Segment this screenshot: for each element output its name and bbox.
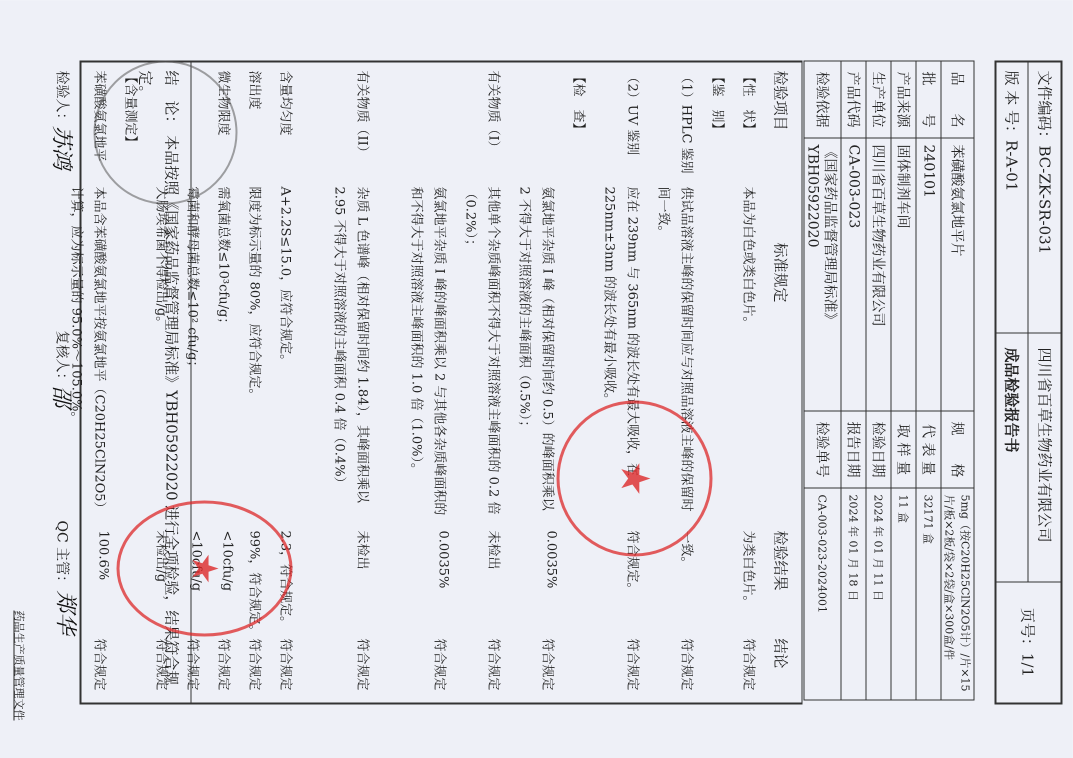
info-row: 品 名 苯磺酸氨氯地平片 规 格 5mg（按C20H25ClN2O5计）/片×1… [941,61,974,700]
col-item: 检验项目 [771,71,792,131]
info-label: 规 格 [941,411,974,488]
row-item: 有关物质（II） [355,71,374,159]
row-result: 为类白色片。 [741,531,760,609]
gray-stamp [94,61,238,205]
info-value: 四川省百草生物药业有限公司 [866,138,891,411]
row-standard: 其他单个杂质峰面积不得大于对照溶液主峰面积的 0.2 倍（0.2%）； [459,187,505,517]
info-value: 5mg（按C20H25ClN2O5计）/片×15片/板×2板/袋×2袋/盒×30… [941,488,974,700]
row-standard: 限度为标示量的 80%，应符合规定。 [243,187,266,517]
reviewer-signature: 邵 [48,386,79,408]
inspector-label: 检验人： [53,71,73,127]
col-conclusion: 结论 [771,639,792,669]
info-row: 产品来源 固体制剂车间 取 样 量 11 盒 [891,61,916,700]
info-label: 检验单号 [804,411,841,488]
reviewer-label: 复核人： [53,331,73,387]
row-conclusion: 符合规定 [355,639,374,691]
row-item: 【检 查】 [571,71,590,136]
row-standard: A+2.2S≤15.0，应符合规定。 [274,187,297,517]
external-stamp: ★ [557,401,713,557]
row-conclusion: 符合规定 [625,639,644,691]
row-standard: 氨氯地平杂质 I 峰（相对保留时间约 0.5）的峰面积乘以 2 不得大于对照溶液… [513,187,559,517]
info-value: 2024 年 01 月 18 日 [841,488,866,700]
info-label: 产品代码 [841,61,866,138]
col-result: 检验结果 [771,531,792,591]
row-standard: 本品为白色或类白色片。 [737,187,760,517]
footer-label: 药品生产质量管理文件 [12,611,28,721]
row-result: 0.0035% [544,531,559,589]
row-conclusion: 符合规定 [92,639,111,691]
row-standard: 杂质 L 色谱峰（相对保留时间约 1.84），其峰面积乘以 2.95 不得大于对… [328,187,374,517]
row-item: 溶出度 [247,71,266,110]
row-conclusion: 符合规定 [486,639,505,691]
info-value: 苯磺酸氨氯地平片 [941,138,974,411]
row-item: 含量均匀度 [278,71,297,136]
qc-signature: 郑华 [52,591,83,635]
info-label: 检验日期 [866,411,891,488]
row-standard: 氨氯地平杂质 I 峰的峰面积乘以 2 与其他各杂质峰面积的和不得大于对照溶液主峰… [405,187,451,517]
row-conclusion: 符合规定 [679,639,698,691]
info-label: 产品来源 [891,61,916,138]
row-item: 【性 状】 [741,71,760,136]
info-label: 检验依据 [804,61,841,138]
quality-dept-stamp: ★ [117,501,293,637]
info-value: CA-003-023 [841,138,866,411]
row-item: 【鉴 别】 [710,71,729,136]
row-result: 0.0035% [436,531,451,589]
info-row: 检验依据 《国家药品监督管理局标准》YBH05922020 检验单号 CA-00… [804,61,841,700]
info-label: 报告日期 [841,411,866,488]
info-value: CA-003-023-2024001 [804,488,841,700]
info-row: 产品代码 CA-003-023 报告日期 2024 年 01 月 18 日 [841,61,866,700]
info-value: 2024 年 01 月 11 日 [866,488,891,700]
col-standard: 标准规定 [769,243,792,573]
row-standard: 需氧菌总数≤10³cfu/g； [212,187,235,517]
row-result: 未检出 [486,531,505,570]
row-conclusion: 符合规定 [247,639,266,691]
row-item: （2）UV 鉴别 [625,71,644,156]
info-label: 生产单位 [866,61,891,138]
row-result: 未检出 [355,531,374,570]
row-conclusion: 符合规定 [216,639,235,691]
inspector-signature: 苏鸿 [48,126,79,170]
info-label: 品 名 [941,61,974,138]
info-value: 240101 [916,138,941,411]
row-conclusion: 符合规定 [540,639,559,691]
report-page: 文件编码：BC-ZK-SR-031 版 本 号：R-A-01 四川省百草生物药业… [0,1,1073,758]
info-label: 批 号 [916,61,941,138]
row-item: 有关物质（I） [486,71,505,154]
info-value: 《国家药品监督管理局标准》YBH05922020 [804,138,841,411]
info-row: 生产单位 四川省百草生物药业有限公司 检验日期 2024 年 01 月 11 日 [866,61,891,700]
qc-label: QC 主管： [53,521,73,590]
document-header: 文件编码：BC-ZK-SR-031 版 本 号：R-A-01 四川省百草生物药业… [995,61,1063,705]
row-result: 100.6% [96,531,111,581]
row-conclusion: 符合规定 [278,639,297,691]
row-conclusion: 符合规定 [741,639,760,691]
info-label: 代 表 量 [916,411,941,488]
row-conclusion: 符合规定 [432,639,451,691]
page-number: 页号：1/1 [997,583,1061,703]
version-number: 版 本 号：R-A-01 [997,63,1029,333]
info-row: 批 号 240101 代 表 量 32171 盒 [916,61,941,700]
company-name: 四川省百草生物药业有限公司 [1028,334,1061,582]
info-value: 11 盒 [891,488,916,700]
file-code: 文件编码：BC-ZK-SR-031 [1028,63,1061,333]
info-value: 固体制剂车间 [891,138,916,411]
product-info-table: 品 名 苯磺酸氨氯地平片 规 格 5mg（按C20H25ClN2O5计）/片×1… [804,61,975,701]
info-value: 32171 盒 [916,488,941,700]
row-item: （1）HPLC 鉴别 [679,71,698,174]
info-label: 取 样 量 [891,411,916,488]
document-title: 成品检验报告书 [997,334,1029,582]
